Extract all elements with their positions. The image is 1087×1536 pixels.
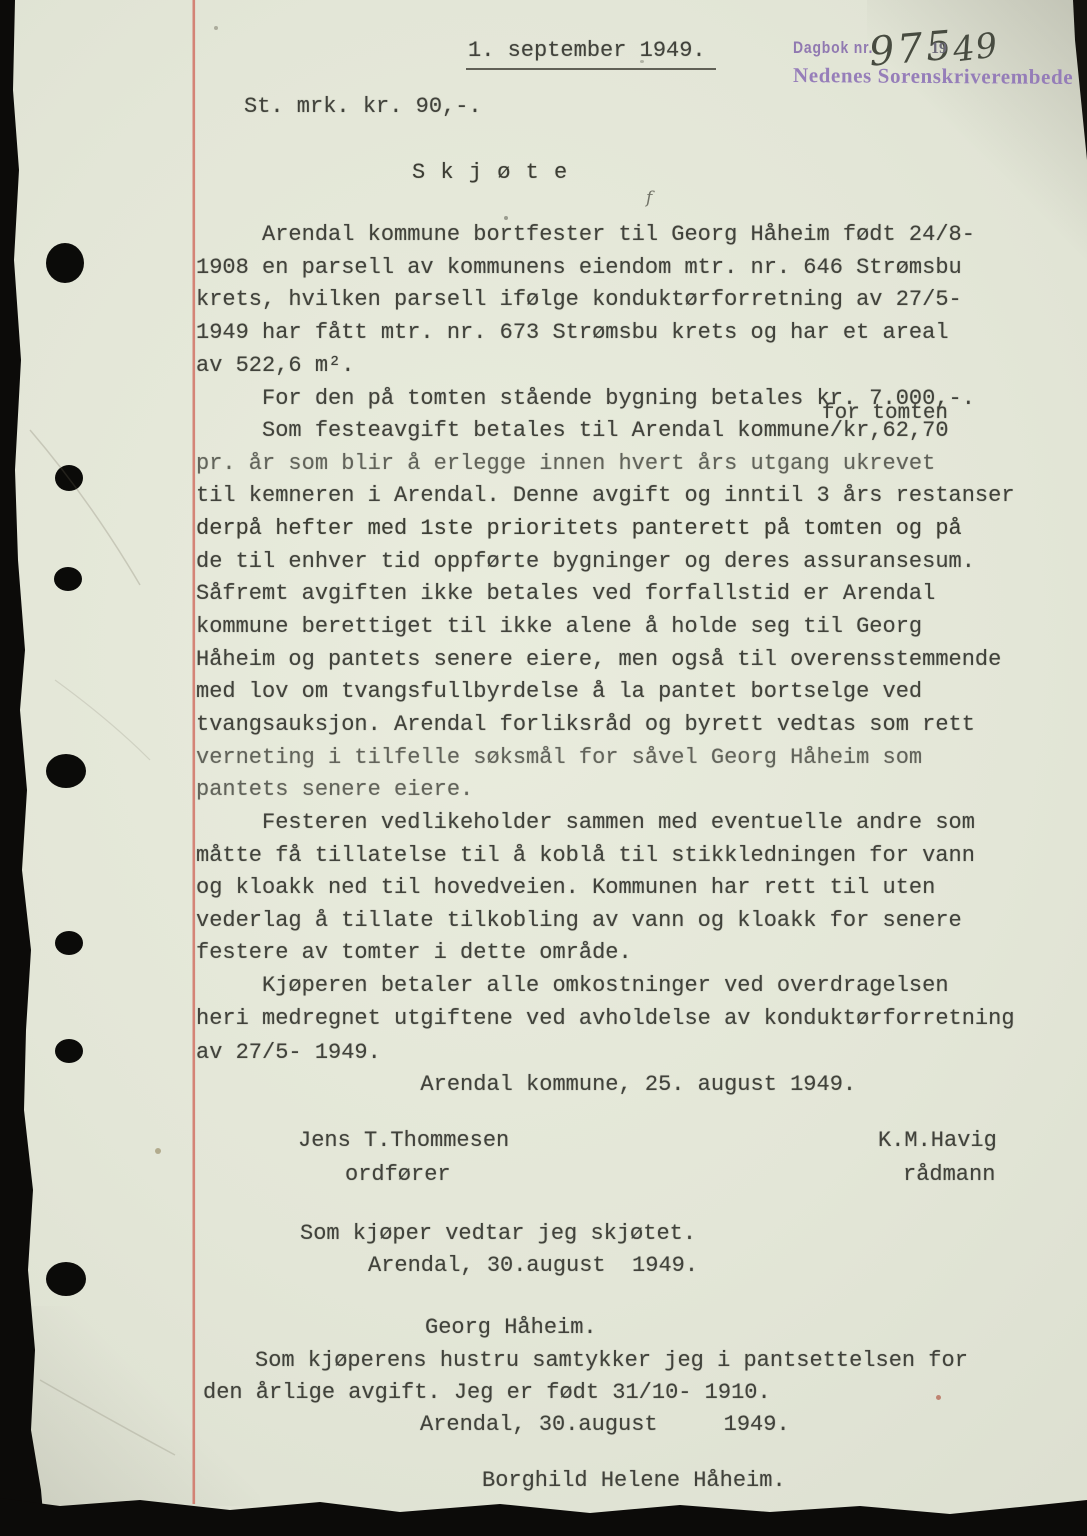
buyer-acceptance-line: Som kjøper vedtar jeg skjøtet.: [300, 1221, 696, 1247]
body-line: med lov om tvangsfullbyrdelse å la pante…: [196, 679, 922, 705]
buyer-name: Georg Håheim.: [425, 1315, 597, 1341]
punch-hole: [46, 754, 86, 788]
spouse-consent-line1: Som kjøperens hustru samtykker jeg i pan…: [255, 1348, 968, 1374]
body-line: Som festeavgift betales til Arendal komm…: [196, 418, 949, 444]
paper-crease: [55, 680, 150, 760]
body-line: Håheim og pantets senere eiere, men også…: [196, 647, 1001, 673]
body-line: pantets senere eiere.: [196, 777, 473, 803]
date-heading: 1. september 1949.: [466, 38, 716, 70]
punch-hole: [54, 567, 82, 591]
ink-speck: f: [646, 188, 652, 208]
corner-shading: [0, 1306, 260, 1506]
signature-right-name: K.M.Havig: [878, 1128, 997, 1154]
paper-stain: [936, 1395, 941, 1400]
signature-left-name: Jens T.Thommesen: [298, 1128, 509, 1154]
paper-crease: [30, 430, 140, 585]
body-line: vederlag å tillate tilkobling av vann og…: [196, 908, 962, 934]
punch-hole: [55, 465, 83, 491]
body-line: verneting i tilfelle søksmål for såvel G…: [196, 745, 922, 771]
body-line: til kemneren i Arendal. Denne avgift og …: [196, 483, 1015, 509]
stamp-duty-note: St. mrk. kr. 90,-.: [244, 94, 482, 119]
body-line: derpå hefter med 1ste prioritets pantere…: [196, 516, 962, 542]
margin-rule-line: [193, 0, 196, 1504]
paper-speck: [504, 216, 508, 220]
punch-hole: [55, 931, 83, 955]
punch-hole: [46, 1262, 86, 1296]
document-title: S k j ø t e: [412, 160, 568, 185]
body-line: tvangsauksjon. Arendal forliksråd og byr…: [196, 712, 975, 738]
spouse-consent-line2: den årlige avgift. Jeg er født 31/10- 19…: [203, 1380, 771, 1406]
paper-speck: [640, 60, 644, 63]
body-line: Kjøperen betaler alle omkostninger ved o…: [196, 973, 949, 999]
signature-right-title: rådmann: [903, 1162, 995, 1188]
body-line: Arendal kommune, 25. august 1949.: [196, 1072, 856, 1098]
buyer-place-date: Arendal, 30.august 1949.: [368, 1253, 698, 1279]
stamp-journal-label: Dagbok nr.: [793, 38, 873, 58]
body-line: kommune berettiget til ikke alene å hold…: [196, 614, 922, 640]
body-line: festere av tomter i dette område.: [196, 940, 632, 966]
stamp-office-name: Nedenes Sorenskriverembede: [793, 63, 1073, 90]
body-line: måtte få tillatelse til å koblå til stik…: [196, 843, 975, 869]
punch-hole: [46, 243, 84, 283]
body-line: de til enhver tid oppførte bygninger og …: [196, 549, 975, 575]
punch-hole: [55, 1039, 83, 1063]
body-line: 1908 en parsell av kommunens eiendom mtr…: [196, 255, 962, 281]
body-line: pr. år som blir å erlegge innen hvert år…: [196, 451, 935, 477]
spouse-place-date: Arendal, 30.august 1949.: [420, 1412, 790, 1438]
stamp-year-prefix: 19: [931, 40, 947, 58]
paper-stain: [155, 1148, 161, 1154]
body-line: Arendal kommune bortfester til Georg Håh…: [196, 222, 975, 248]
body-line: av 27/5- 1949.: [196, 1040, 381, 1066]
body-line: Såfremt avgiften ikke betales ved forfal…: [196, 581, 935, 607]
scanned-document-page: 1. september 1949. Dagbok nr. 975 19 49 …: [0, 0, 1087, 1536]
body-line: heri medregnet utgiftene ved avholdelse …: [196, 1006, 1015, 1032]
signature-left-title: ordfører: [345, 1162, 451, 1188]
body-line: 1949 har fått mtr. nr. 673 Strømsbu kret…: [196, 320, 949, 346]
body-line: krets, hvilken parsell ifølge konduktørf…: [196, 287, 962, 313]
spouse-name: Borghild Helene Håheim.: [482, 1468, 786, 1494]
body-line: av 522,6 m².: [196, 353, 354, 379]
paper-speck: [214, 26, 218, 30]
body-line: og kloakk ned til hovedveien. Kommunen h…: [196, 875, 935, 901]
body-line: Festeren vedlikeholder sammen med eventu…: [196, 810, 975, 836]
